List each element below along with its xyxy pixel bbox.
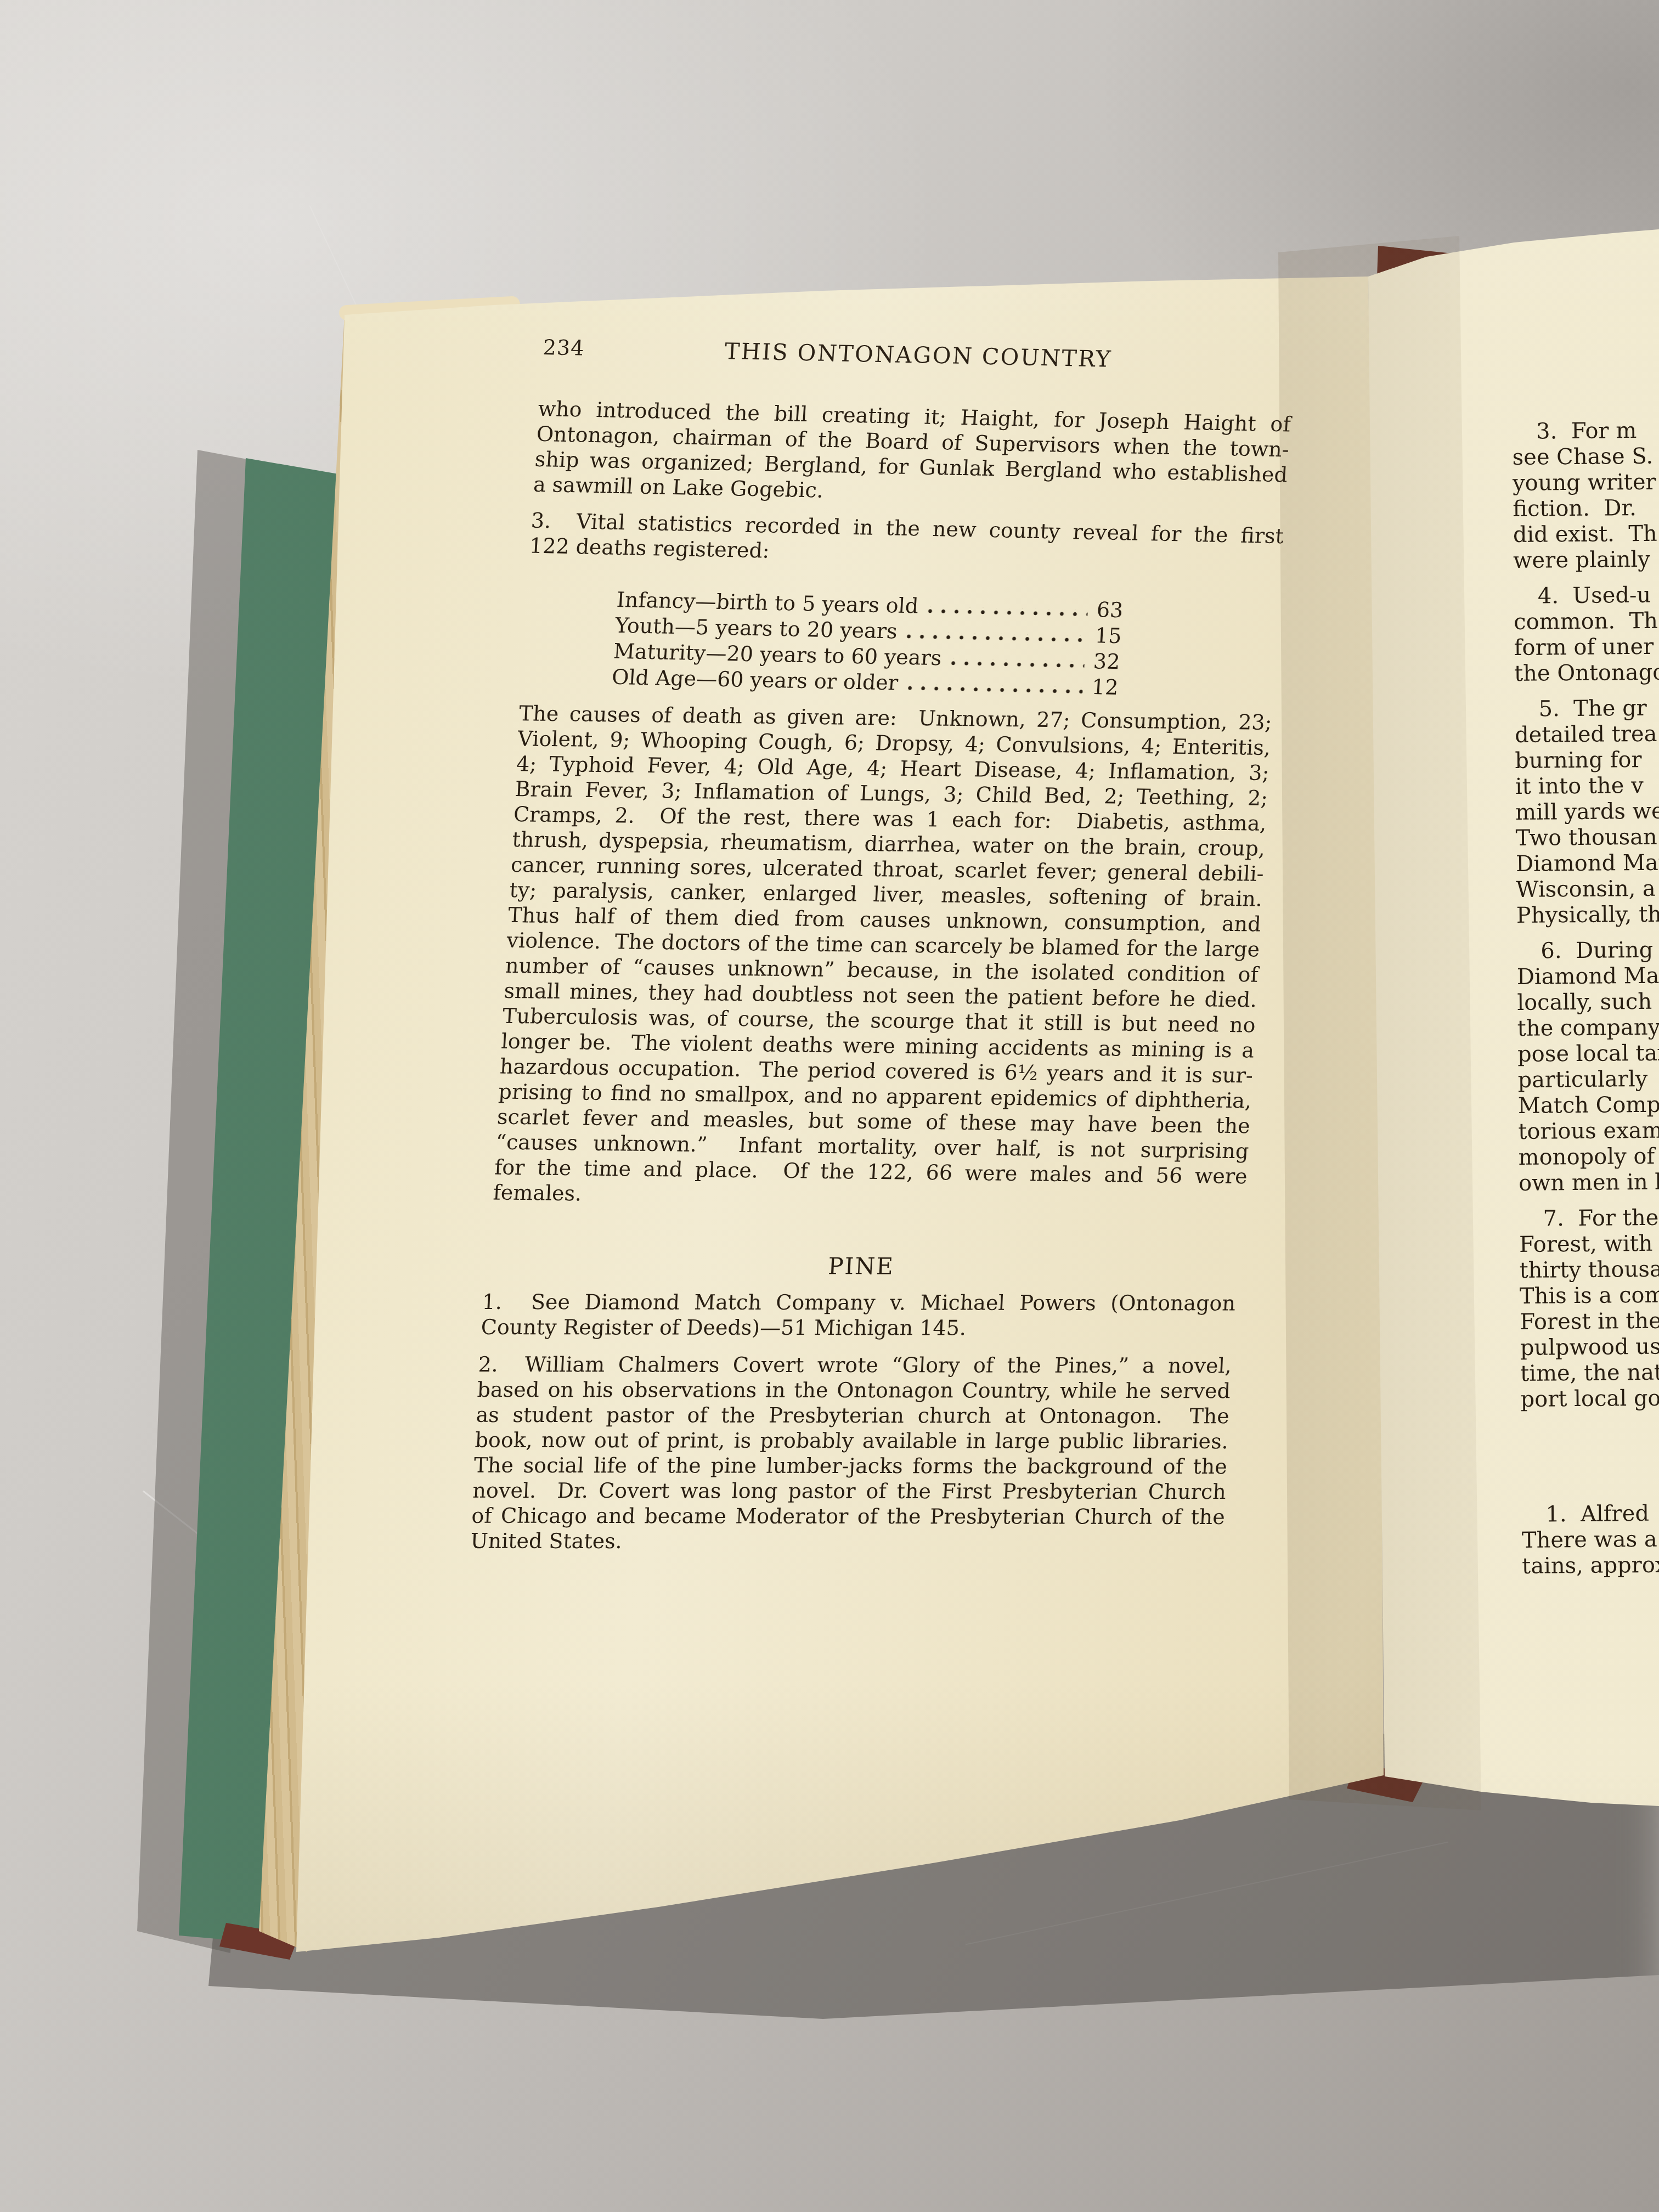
- text-line: ship was organized; Bergland, for Gunlak…: [534, 447, 1289, 488]
- stat-value: 63: [1096, 597, 1142, 623]
- text-line: County Register of Deeds)—51 Michigan 14…: [481, 1314, 1235, 1341]
- text-line: 1. Alfred: [1521, 1499, 1659, 1528]
- text-line: the Ontonago: [1514, 658, 1659, 687]
- text-line: 3. For m: [1512, 416, 1659, 445]
- text-line: Two thousan: [1515, 822, 1659, 851]
- text-line: 5. The gr: [1514, 693, 1659, 723]
- intro-paragraph: who introduced the bill creating it; Hai…: [533, 396, 1291, 513]
- text-line: Match Compa: [1518, 1090, 1659, 1119]
- text-line: Physically, th: [1516, 900, 1659, 929]
- text-line: Cramps, 2. Of the rest, there was 1 each…: [513, 802, 1267, 836]
- stat-row: Maturity—20 years to 60 years 32: [522, 636, 1138, 674]
- text-line: cancer, running sores, ulcerated throat,…: [510, 852, 1265, 887]
- text-line: Tuberculosis was, of course, the scourge…: [502, 1003, 1256, 1038]
- stat-value: 32: [1093, 648, 1138, 675]
- stat-label: Infancy—birth to 5 years old: [616, 587, 919, 618]
- text-line: thrush, dyspepsia, rheumatism, diarrhea,…: [511, 827, 1266, 861]
- text-line: Violent, 9; Whooping Cough, 6; Dropsy, 4…: [517, 726, 1271, 760]
- text-line: it into the v: [1515, 771, 1659, 800]
- text-line: see Chase S.: [1512, 442, 1659, 471]
- text-line: pulpwood use: [1520, 1332, 1659, 1361]
- text-line: did exist. Th: [1513, 519, 1659, 548]
- text-line: Forest, with: [1519, 1229, 1659, 1258]
- text-line: violence. The doctors of the time can sc…: [506, 928, 1260, 962]
- text-line: burning for: [1515, 745, 1659, 774]
- text-line: Brain Fever, 3; Inflamation of Lungs, 3;…: [514, 776, 1268, 811]
- text-line: There was a r: [1522, 1525, 1659, 1554]
- page-number: 234: [542, 335, 585, 361]
- text-line: book, now out of print, is probably avai…: [475, 1427, 1229, 1454]
- text-line: 6. During: [1516, 935, 1659, 964]
- text-line: locally, such: [1517, 987, 1659, 1016]
- dot-leader: [907, 684, 1083, 694]
- text-line: own men in l: [1519, 1167, 1659, 1197]
- text-line: females.: [493, 1180, 1247, 1214]
- text-line: torious examp: [1518, 1116, 1659, 1145]
- text-line: prising to find no smallpox, and no appa…: [498, 1079, 1252, 1114]
- dot-leader: [907, 632, 1086, 642]
- pine-note-1: 1. See Diamond Match Company v. Michael …: [481, 1289, 1236, 1341]
- text-line: 2. William Chalmers Covert wrote “Glory …: [478, 1352, 1232, 1378]
- stat-label: Youth—5 years to 20 years: [614, 613, 898, 644]
- text-line: port local gov: [1520, 1384, 1659, 1413]
- text-line: ty; paralysis, canker, enlarged liver, m…: [509, 877, 1263, 912]
- text-line: 4; Typhoid Fever, 4; Old Age, 4; Heart D…: [516, 751, 1270, 786]
- stat-row: Youth—5 years to 20 years 15: [524, 610, 1140, 648]
- text-line: Wisconsin, a: [1516, 874, 1659, 903]
- text-line: for the time and place. Of the 122, 66 w…: [494, 1154, 1248, 1189]
- text-line: detailed trea: [1515, 719, 1659, 748]
- text-line: Diamond Mat: [1517, 961, 1659, 990]
- text-line: scarlet fever and measles, but some of t…: [496, 1104, 1251, 1139]
- text-line: Forest in the: [1520, 1306, 1659, 1335]
- text-line: “causes unknown.” Infant mortality, over…: [495, 1130, 1250, 1164]
- text-line: 122 deaths registered:: [529, 533, 1283, 574]
- text-line: 4. Used-u: [1514, 580, 1659, 610]
- text-line: thirty thousa: [1519, 1255, 1659, 1284]
- stat-label: Maturity—20 years to 60 years: [613, 639, 943, 670]
- left-page-text: 234 THIS ONTONAGON COUNTRY who introduce…: [466, 329, 1296, 1569]
- text-line: The causes of death as given are: Unknow…: [518, 701, 1273, 735]
- text-line: United States.: [470, 1528, 1224, 1555]
- text-line: pose local tax: [1517, 1039, 1659, 1068]
- stat-value: 12: [1091, 674, 1137, 701]
- dot-leader: [951, 659, 1085, 668]
- text-line: Ontonagon, chairman of the Board of Supe…: [536, 421, 1290, 462]
- text-line: 1. See Diamond Match Company v. Michael …: [482, 1289, 1236, 1316]
- text-line: tains, approxi: [1522, 1550, 1659, 1579]
- text-line: time, the nati: [1520, 1358, 1659, 1387]
- text-line: hazardous occupation. The period covered…: [499, 1054, 1254, 1088]
- causes-of-death-paragraph: The causes of death as given are: Unknow…: [493, 701, 1273, 1214]
- death-statistics-list: Infancy—birth to 5 years old 63 Youth—5 …: [521, 584, 1280, 703]
- section-heading-pine: PINE: [484, 1253, 1238, 1279]
- text-line: of Chicago and became Moderator of the P…: [471, 1503, 1226, 1530]
- book-photo: { "palette": { "surface_gray": "#cfccc8"…: [0, 0, 1659, 2212]
- text-line: as student pastor of the Presbyterian ch…: [476, 1402, 1230, 1429]
- text-line: particularly: [1517, 1064, 1659, 1093]
- vital-statistics-paragraph: 3. Vital statistics recorded in the new …: [529, 508, 1284, 574]
- text-line: small mines, they had doubtless not seen…: [504, 978, 1258, 1013]
- text-line: longer be. The violent deaths were minin…: [501, 1029, 1255, 1063]
- right-page-text: 3. For msee Chase S.young writerfiction.…: [1512, 416, 1659, 1579]
- text-line: Diamond Mat: [1516, 848, 1659, 877]
- text-line: 3. Vital statistics recorded in the new …: [531, 508, 1285, 549]
- text-line: common. Th: [1514, 606, 1659, 635]
- pine-note-2: 2. William Chalmers Covert wrote “Glory …: [470, 1352, 1232, 1555]
- text-line: based on his observations in the Ontonag…: [477, 1377, 1231, 1403]
- text-line: a sawmill on Lake Gogebic.: [533, 472, 1287, 513]
- running-title: THIS ONTONAGON COUNTRY: [541, 335, 1295, 376]
- text-line: were plainly: [1513, 545, 1659, 574]
- photo-scene: 234 THIS ONTONAGON COUNTRY who introduce…: [0, 0, 1659, 2212]
- text-line: form of uner: [1514, 632, 1659, 661]
- stat-label: Old Age—60 years or older: [611, 664, 899, 696]
- text-line: monopoly of t: [1519, 1142, 1659, 1171]
- stat-row: Infancy—birth to 5 years old 63: [526, 584, 1142, 623]
- text-line: Thus half of them died from causes unkno…: [507, 902, 1262, 937]
- text-line: fiction. Dr.: [1513, 493, 1659, 522]
- text-line: This is a comp: [1520, 1280, 1659, 1310]
- text-line: The social life of the pine lumber-jacks…: [473, 1453, 1228, 1479]
- stat-row: Old Age—60 years or older 12: [521, 662, 1137, 700]
- text-line: who introduced the bill creating it; Hai…: [537, 396, 1291, 437]
- dot-leader: [928, 607, 1088, 617]
- text-line: young writer: [1513, 467, 1659, 496]
- text-line: the company: [1517, 1013, 1659, 1042]
- page-header: 234 THIS ONTONAGON COUNTRY: [541, 335, 1295, 376]
- stat-value: 15: [1094, 623, 1140, 649]
- text-line: number of “causes unknown” because, in t…: [505, 953, 1259, 988]
- text-line: novel. Dr. Covert was long pastor of the…: [472, 1478, 1227, 1504]
- text-line: 7. For the: [1519, 1203, 1659, 1232]
- text-line: mill yards we: [1515, 797, 1659, 826]
